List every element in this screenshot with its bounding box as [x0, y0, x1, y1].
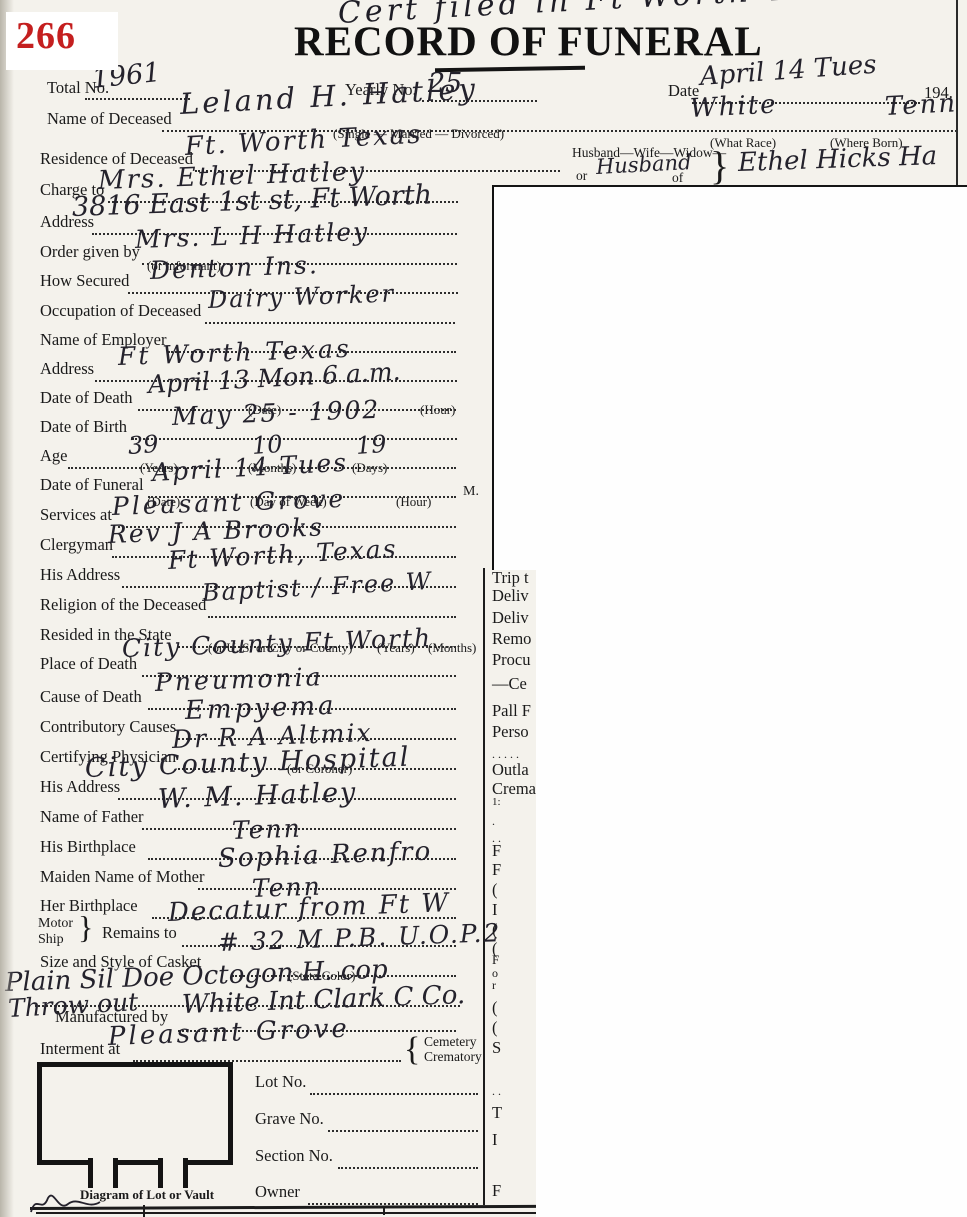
- page-number-stamp: 266: [16, 14, 76, 58]
- hw-spouse: Ethel Hicks Ha: [738, 143, 938, 176]
- label-ship: Ship: [38, 932, 64, 947]
- label-occupation: Occupation of Deceased: [40, 302, 201, 320]
- label-clergyman: Clergyman: [40, 536, 113, 554]
- frag-9: Outla: [492, 762, 529, 779]
- column-divider-rule: [483, 568, 485, 1205]
- hw-age-years: 39: [127, 432, 159, 458]
- label-religion: Religion of the Deceased: [40, 596, 206, 614]
- hw-religion: Baptist / Free W: [201, 569, 433, 605]
- label-his-address-1: His Address: [40, 566, 120, 584]
- label-date-of-death: Date of Death: [40, 389, 133, 407]
- leader-36: [310, 1091, 478, 1095]
- label-crematory: Crematory: [424, 1050, 482, 1065]
- hw-how-secured: Denton Ins.: [150, 252, 320, 283]
- bottom-tick-mark: [143, 1205, 145, 1217]
- label-name-of-deceased: Name of Deceased: [47, 110, 172, 128]
- hw-manufactured-by: White Int Clark C Co.: [182, 982, 466, 1018]
- label-how-secured: How Secured: [40, 272, 129, 290]
- funeral-record-scan: 266 Cert filed in Ft Worth 4-13-42 RECOR…: [0, 0, 967, 1217]
- hw-where-born: Tenn: [884, 90, 957, 120]
- label-maiden-name-of-mother: Maiden Name of Mother: [40, 868, 205, 886]
- hw-date-of-funeral: April 14 Tues: [151, 450, 348, 485]
- hw-his-birthplace: Tenn: [232, 816, 303, 843]
- frag-8: . . . . .: [492, 748, 519, 760]
- label-motor: Motor: [38, 916, 73, 931]
- frag-2: Deliv: [492, 610, 529, 627]
- frag-14: F: [492, 843, 501, 860]
- frag-0: Trip t: [492, 570, 529, 587]
- leader-14: [132, 436, 457, 440]
- hw-interment-at: Pleasant Grove: [108, 1016, 351, 1050]
- frag-26: . .: [492, 1085, 501, 1097]
- frag-18: (: [492, 922, 498, 939]
- brace-cemetery-crematory: {: [404, 1031, 420, 1068]
- frag-3: Remo: [492, 631, 531, 648]
- frag-23: (: [492, 1000, 498, 1017]
- label-name-of-father: Name of Father: [40, 808, 144, 826]
- hw-name-of-father: W. M. Hatley: [158, 779, 358, 813]
- frag-28: I: [492, 1132, 498, 1149]
- label-cause-of-death: Cause of Death: [40, 688, 142, 706]
- label-owner: Owner: [255, 1183, 300, 1201]
- leader-10: [205, 320, 455, 324]
- brace-motor-ship: }: [78, 910, 93, 945]
- frag-22: r: [492, 979, 496, 991]
- frag-24: (: [492, 1020, 498, 1037]
- hw-name-of-deceased: Leland H. Hatley: [179, 74, 478, 119]
- hw-maiden-name-of-mother: Sophia Renfro: [218, 839, 433, 872]
- white-redaction-lower: [536, 565, 967, 1217]
- frag-29: F: [492, 1183, 501, 1200]
- hw-race: White: [689, 91, 778, 122]
- label-lot-no: Lot No.: [255, 1073, 306, 1091]
- frag-1: Deliv: [492, 588, 529, 605]
- ink-scribble: [28, 1192, 123, 1216]
- hw-age-days: 19: [355, 432, 387, 458]
- leader-37: [328, 1128, 478, 1132]
- lot-vault-diagram-box: [37, 1062, 233, 1165]
- label-cemetery: Cemetery: [424, 1035, 476, 1050]
- leader-20: [208, 614, 456, 618]
- frag-17: I: [492, 902, 498, 919]
- label-or: or: [576, 169, 587, 184]
- frag-11: 1:: [492, 797, 501, 808]
- hw-cause-of-death: Pneumonia: [155, 664, 324, 695]
- label-remains-to: Remains to: [102, 924, 177, 942]
- label-order-given-by: Order given by: [40, 243, 140, 261]
- frag-12: .: [492, 815, 495, 827]
- frag-16: (: [492, 882, 498, 899]
- hw-husband: Husband: [595, 152, 692, 178]
- label-section-no: Section No.: [255, 1147, 333, 1165]
- bottom-tick-mark: [383, 1206, 385, 1215]
- vault-diagram-notch: [158, 1158, 188, 1188]
- hw-occupation: Dairy Worker: [208, 281, 396, 312]
- frag-15: F: [492, 862, 501, 879]
- label-contributory-causes: Contributory Causes: [40, 718, 176, 736]
- hw-date-of-birth: May 25 - 1902: [172, 397, 381, 429]
- label-his-birthplace: His Birthplace: [40, 838, 136, 856]
- brace-spouse: }: [710, 144, 729, 188]
- frag-27: T: [492, 1105, 502, 1122]
- label-services-at: Services at: [40, 506, 112, 524]
- leader-0: [85, 96, 190, 100]
- white-redaction-upper: [492, 185, 967, 570]
- leader-38: [338, 1165, 478, 1169]
- frag-25: S: [492, 1040, 501, 1057]
- hw-throw-out: Throw out: [7, 989, 138, 1021]
- frag-6: Pall F: [492, 703, 531, 720]
- vault-diagram-notch: [88, 1158, 118, 1188]
- hw-order-given-by: Mrs. L H Hatley: [135, 219, 370, 252]
- label-date-of-birth: Date of Birth: [40, 418, 127, 436]
- frag-5: —Ce: [492, 676, 527, 693]
- label-grave-no: Grave No.: [255, 1110, 324, 1128]
- label-address-2: Address: [40, 360, 94, 378]
- frag-20: F: [492, 953, 499, 966]
- frag-7: Perso: [492, 724, 529, 741]
- label-age: Age: [40, 447, 68, 465]
- hw-casket-size-style: # 32 M P.B. U.O.P.2: [218, 920, 502, 955]
- frag-4: Procu: [492, 652, 531, 669]
- label-m: M.: [463, 484, 479, 499]
